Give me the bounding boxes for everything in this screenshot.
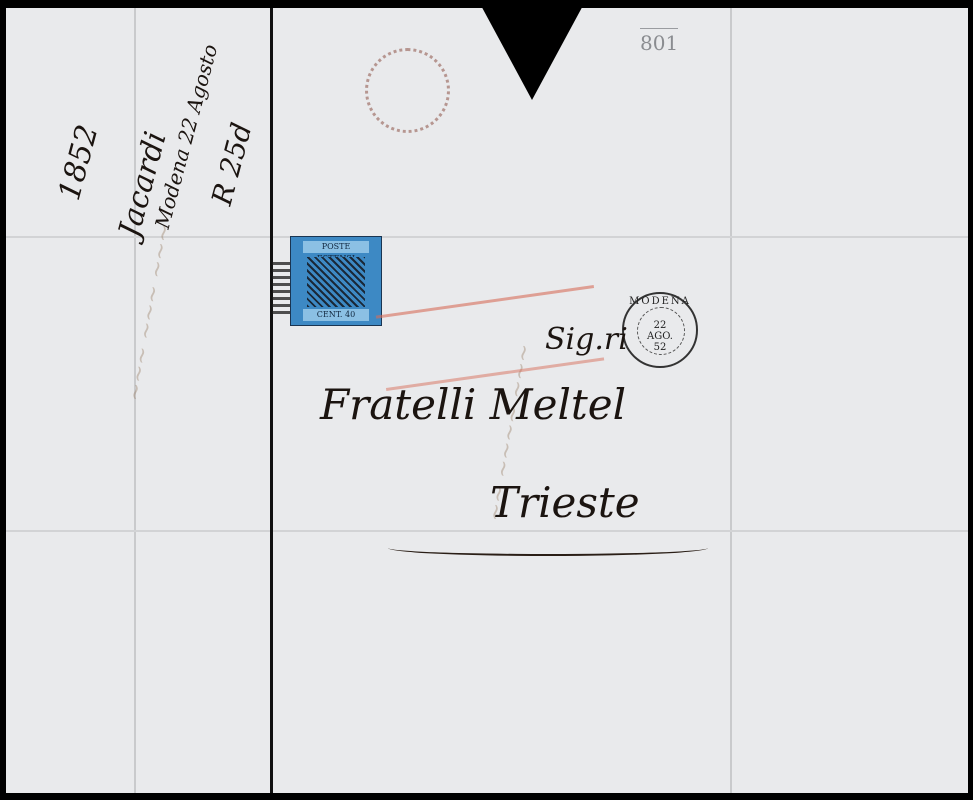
- postage-stamp: POSTE ESTENSI CENT. 40: [290, 236, 382, 326]
- sheet-edge: [270, 8, 273, 793]
- wax-seal-impression: [365, 48, 450, 133]
- address-salutation: Sig.ri: [545, 322, 628, 357]
- stamp-top-text: POSTE ESTENSI: [303, 241, 369, 253]
- stamp-value: CENT. 40: [303, 309, 369, 321]
- postmark: MODENA 22 AGO. 52: [622, 292, 698, 368]
- postmark-date: 22 AGO. 52: [624, 320, 696, 353]
- sheet-notch: [478, 0, 586, 100]
- stamp-eagle-design: [307, 257, 365, 307]
- archive-number: 801: [640, 28, 678, 55]
- postmark-town: MODENA: [624, 296, 696, 307]
- fold-line: [730, 8, 732, 793]
- fold-line: [6, 530, 968, 532]
- address-underline: [388, 540, 708, 556]
- address-city: Trieste: [490, 478, 640, 527]
- address-name: Fratelli Meltel: [320, 380, 626, 429]
